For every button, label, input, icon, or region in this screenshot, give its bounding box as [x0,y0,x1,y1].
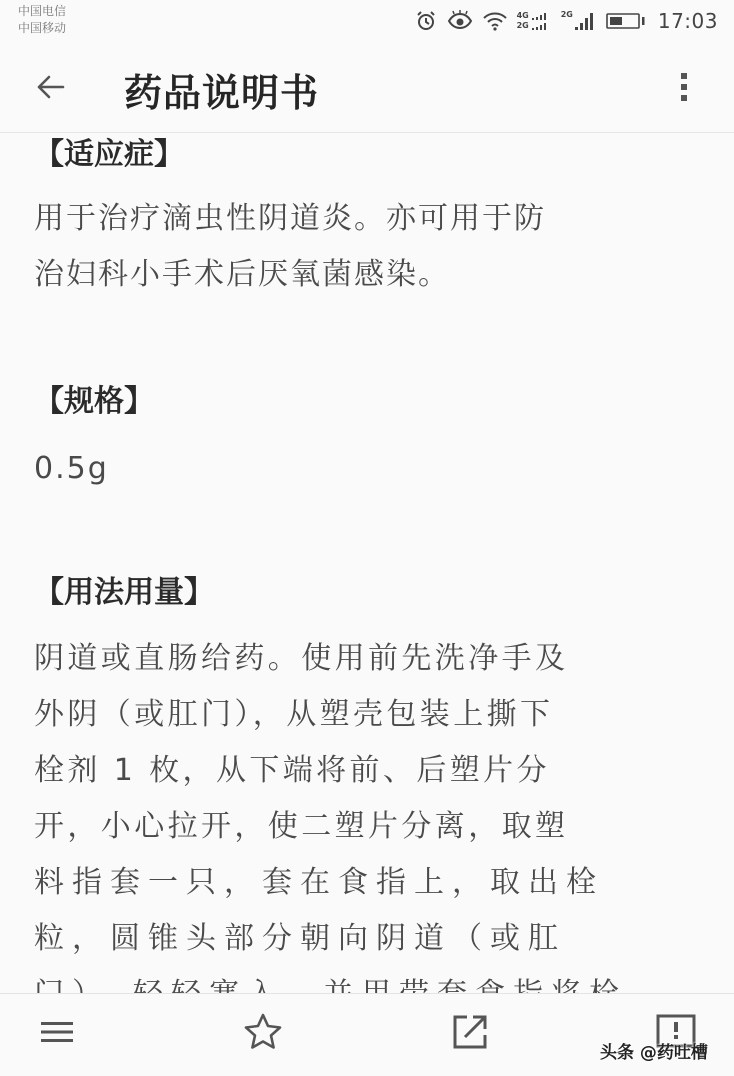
more-options-button[interactable] [664,67,704,111]
text-line: 治妇科小手术后厌氧菌感染。 [34,247,546,303]
eye-comfort-icon [447,10,473,32]
section-heading-dosage: 【用法用量】 [34,573,214,613]
section-heading-indications: 【适应症】 [34,135,184,175]
text-line: 外阴（或肛门），从塑壳包装上撕下 [34,687,627,743]
share-external-icon [451,1013,489,1055]
alarm-icon [415,10,437,32]
arrow-left-icon [33,70,67,108]
clock: 17:03 [658,9,718,33]
hamburger-menu-icon [40,1018,74,1050]
bottom-toolbar [0,993,734,1076]
text-line: 料指套一只，套在食指上，取出栓 [34,855,627,911]
section-body-indications: 用于治疗滴虫性阴道炎。亦可用于防 治妇科小手术后厌氧菌感染。 [34,191,546,303]
carrier-2: 中国移动 [18,21,66,36]
share-button[interactable] [448,1012,492,1056]
back-button[interactable] [28,67,72,111]
leaflet-content[interactable]: 【适应症】 用于治疗滴虫性阴道炎。亦可用于防 治妇科小手术后厌氧菌感染。 【规格… [34,133,704,993]
favorite-button[interactable] [241,1012,285,1056]
page-title: 药品说明书 [124,62,319,117]
status-icons: 4G 2G 2G 17:03 [415,8,718,34]
text-line: 开，小心拉开，使二塑片分离，取塑 [34,799,627,855]
battery-icon [606,12,646,30]
menu-button[interactable] [35,1012,79,1056]
text-line: 粒，圆锥头部分朝向阴道（或肛 [34,911,627,967]
app-bar: 药品说明书 [0,45,734,133]
status-bar: 中国电信 中国移动 4G 2G 2G 17:03 [0,0,734,45]
kebab-menu-icon [680,71,688,107]
section-heading-specification: 【规格】 [34,382,154,422]
watermark: 头条 @药吐槽 [600,1038,708,1063]
text-line: 阴道或直肠给药。使用前先洗净手及 [34,631,627,687]
text-line: 用于治疗滴虫性阴道炎。亦可用于防 [34,191,546,247]
carrier-1: 中国电信 [18,4,66,19]
section-body-dosage: 阴道或直肠给药。使用前先洗净手及 外阴（或肛门），从塑壳包装上撕下 栓剂 1 枚… [34,631,627,993]
signal-4g-2g-icon: 4G 2G [517,12,551,30]
text-line: 0.5g [34,441,109,497]
star-outline-icon [243,1012,283,1056]
wifi-icon [483,11,507,31]
text-line: 门），轻轻塞入，并用带套食指将栓 [34,967,627,993]
signal-2g-icon: 2G [561,11,596,31]
text-line: 栓剂 1 枚，从下端将前、后塑片分 [34,743,627,799]
section-body-specification: 0.5g [34,441,109,497]
